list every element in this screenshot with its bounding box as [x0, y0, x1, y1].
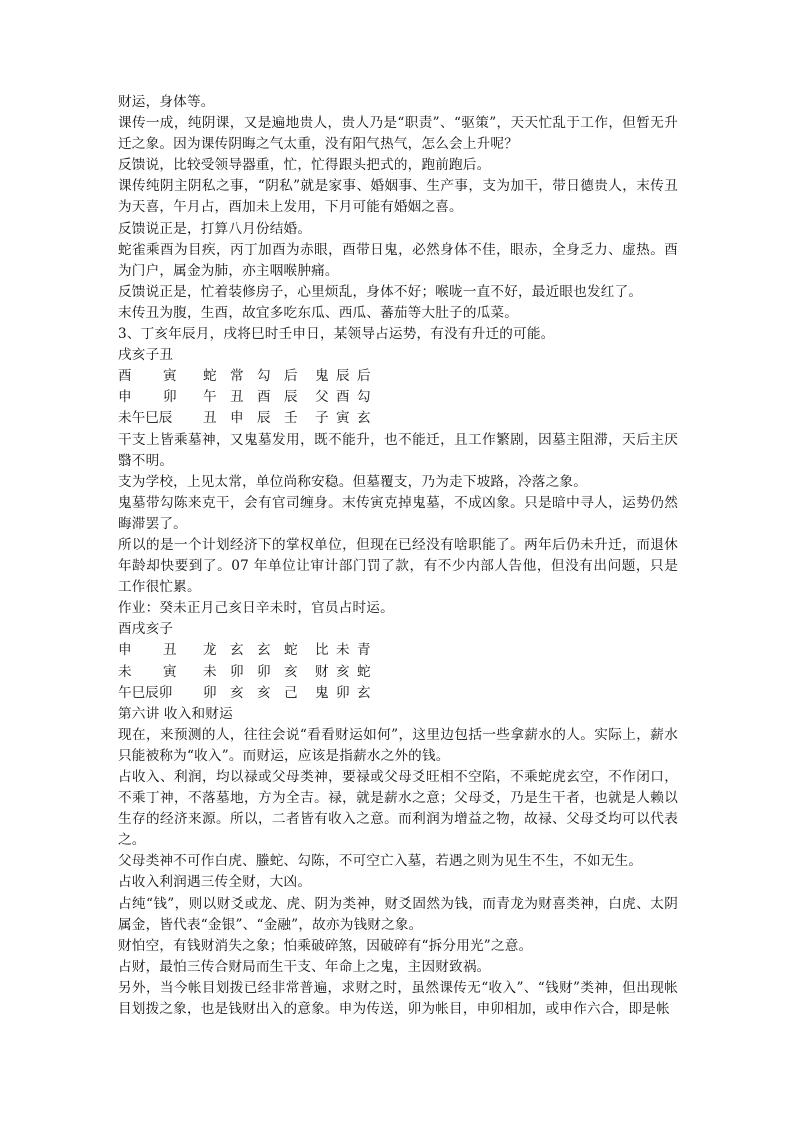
- chart-cell: 后: [284, 366, 298, 387]
- document-page: 财运，身体等。 课传一成，纯阴课，又是遍地贵人，贵人乃是“职责”、“驱策”，天天…: [118, 92, 678, 1020]
- paragraph: 占收入、利润，均以禄或父母类神，要禄或父母爻旺相不空陷，不乘蛇虎玄空，不作闭口，…: [118, 767, 678, 851]
- chart-cell: 后: [357, 366, 371, 387]
- chart-cell: 父: [315, 387, 329, 408]
- paragraph: 反馈说，比较受领导器重，忙，忙得跟头把式的，跑前跑后。: [118, 155, 678, 176]
- chart-cell: 卯: [163, 387, 177, 408]
- paragraph: 占纯“钱”，则以财爻或龙、虎、阴为类神，财爻固然为钱，而青龙为财喜类神，白虎、太…: [118, 894, 678, 936]
- divination-chart-2: 申 丑 龙 玄 玄 蛇 比 未 青 未 寅 未 卯 卯 亥 财 亥 蛇 午巳辰卯…: [118, 640, 678, 703]
- paragraph: 父母类神不可作白虎、螣蛇、勾陈，不可空亡入墓，若遇之则为见生不生，不如无生。: [118, 851, 678, 872]
- chart-row: 未 寅 未 卯 卯 亥 财 亥 蛇: [118, 662, 678, 683]
- chart-row: 申 丑 龙 玄 玄 蛇 比 未 青: [118, 640, 678, 661]
- chart-cell: 卯: [257, 662, 271, 683]
- chart-cell: 勾: [357, 387, 371, 408]
- chart-cell: 常: [230, 366, 244, 387]
- chart-cell: 玄: [357, 683, 371, 704]
- chart-cell: 寅: [163, 662, 177, 683]
- chart-cell: 卯: [203, 683, 217, 704]
- chart-cell: 申: [118, 640, 132, 661]
- paragraph: 课传纯阴主阴私之事，“阴私”就是家事、婚姻事、生产事，支为加干，带日德贵人，末传…: [118, 176, 678, 218]
- paragraph: 课传一成，纯阴课，又是遍地贵人，贵人乃是“职责”、“驱策”，天天忙乱于工作，但暂…: [118, 113, 678, 155]
- chart-cell: 酉: [257, 387, 271, 408]
- chart-cell: 亥: [284, 662, 298, 683]
- case-heading: 3、丁亥年辰月，戌将巳时壬申日，某领导占运势，有没有升迁的可能。: [118, 324, 678, 345]
- chart-cell: 午巳辰卯: [118, 683, 172, 704]
- paragraph: 反馈说正是，忙着装修房子，心里烦乱，身体不好；喉咙一直不好，最近眼也发红了。: [118, 282, 678, 303]
- chart-row: 未午巳辰 丑 申 辰 壬 子 寅 玄: [118, 408, 678, 429]
- paragraph: 现在，来预测的人，往往会说“看看财运如何”，这里边包括一些拿薪水的人。实际上，薪…: [118, 725, 678, 767]
- chart-cell: 比: [315, 640, 329, 661]
- chart-cell: 申: [230, 408, 244, 429]
- paragraph: 另外，当今帐目划拨已经非常普遍，求财之时，虽然课传无“收入”、“钱财”类神，但出…: [118, 978, 678, 1020]
- homework-prompt: 作业：癸未正月己亥日辛未时，官员占时运。: [118, 598, 678, 619]
- chart-cell: 己: [284, 683, 298, 704]
- chart-cell: 丑: [203, 408, 217, 429]
- paragraph: 财怕空，有钱财消失之象；怕乘破碎煞，因破碎有“拆分用光”之意。: [118, 936, 678, 957]
- chart-cell: 酉: [118, 366, 132, 387]
- chart-cell: 亥: [230, 683, 244, 704]
- chart-cell: 玄: [357, 408, 371, 429]
- chart-cell: 寅: [163, 366, 177, 387]
- chart-row: 酉 寅 蛇 常 勾 后 鬼 辰 后: [118, 366, 678, 387]
- chart-cell: 午: [203, 387, 217, 408]
- paragraph: 占财，最怕三传合财局而生干支、年命上之鬼，主因财致祸。: [118, 957, 678, 978]
- chart-cell: 壬: [284, 408, 298, 429]
- chart-cell: 龙: [203, 640, 217, 661]
- chart-row: 午巳辰卯 卯 亥 亥 己 鬼 卯 玄: [118, 683, 678, 704]
- chart-cell: 未: [118, 662, 132, 683]
- chart-cell: 蛇: [284, 640, 298, 661]
- paragraph: 所以的是一个计划经济下的掌权单位，但现在已经没有啥职能了。两年后仍未升迁，而退休…: [118, 535, 678, 598]
- paragraph-group-2: 干支上皆乘墓神，又鬼墓发用，既不能升，也不能迁，且工作繁剧，因墓主阻滞，天后主厌…: [118, 430, 678, 641]
- paragraph: 占收入利润遇三传全财，大凶。: [118, 872, 678, 893]
- chart-cell: 辰: [257, 408, 271, 429]
- chart-cell: 子: [315, 408, 329, 429]
- chart-header: 酉戌亥子: [118, 619, 678, 640]
- chart-cell: 蛇: [357, 662, 371, 683]
- chart-cell: 玄: [257, 640, 271, 661]
- chart-cell: 青: [357, 640, 371, 661]
- paragraph: 反馈说正是，打算八月份结婚。: [118, 219, 678, 240]
- chart-cell: 申: [118, 387, 132, 408]
- chart-cell: 鬼: [315, 683, 329, 704]
- paragraph-group-3: 第六讲 收入和财运 现在，来预测的人，往往会说“看看财运如何”，这里边包括一些拿…: [118, 704, 678, 1020]
- divination-chart-1: 酉 寅 蛇 常 勾 后 鬼 辰 后 申 卯 午 丑 酉 辰 父 酉 勾 未午巳辰…: [118, 366, 678, 429]
- chart-cell: 未: [336, 640, 350, 661]
- chart-cell: 亥: [336, 662, 350, 683]
- chart-cell: 卯: [336, 683, 350, 704]
- chart-cell: 蛇: [203, 366, 217, 387]
- chart-cell: 辰: [284, 387, 298, 408]
- chart-cell: 未午巳辰: [118, 408, 172, 429]
- chart-cell: 未: [203, 662, 217, 683]
- paragraph: 支为学校，上见太常，单位尚称安稳。但墓覆支，乃为走下坡路，冷落之象。: [118, 472, 678, 493]
- chart-cell: 财: [315, 662, 329, 683]
- chart-cell: 辰: [336, 366, 350, 387]
- chart-cell: 酉: [336, 387, 350, 408]
- paragraph: 财运，身体等。: [118, 92, 678, 113]
- chart-cell: 玄: [230, 640, 244, 661]
- chart-row: 申 卯 午 丑 酉 辰 父 酉 勾: [118, 387, 678, 408]
- paragraph-group-1: 财运，身体等。 课传一成，纯阴课，又是遍地贵人，贵人乃是“职责”、“驱策”，天天…: [118, 92, 678, 366]
- chart-header: 戌亥子丑: [118, 345, 678, 366]
- chart-cell: 丑: [230, 387, 244, 408]
- paragraph: 干支上皆乘墓神，又鬼墓发用，既不能升，也不能迁，且工作繁剧，因墓主阻滞，天后主厌…: [118, 430, 678, 472]
- chart-cell: 寅: [336, 408, 350, 429]
- chart-cell: 鬼: [315, 366, 329, 387]
- chart-cell: 勾: [257, 366, 271, 387]
- paragraph: 蛇雀乘酉为目疾，丙丁加酉为赤眼，酉带日鬼，必然身体不佳，眼赤，全身乏力、虚热。酉…: [118, 240, 678, 282]
- section-heading: 第六讲 收入和财运: [118, 704, 678, 725]
- chart-cell: 亥: [257, 683, 271, 704]
- chart-cell: 卯: [230, 662, 244, 683]
- paragraph: 鬼墓带勾陈来克干，会有官司缠身。末传寅克掉鬼墓，不成凶象。只是暗中寻人，运势仍然…: [118, 493, 678, 535]
- paragraph: 末传丑为腹，生酉，故宜多吃东瓜、西瓜、蕃茄等大肚子的瓜菜。: [118, 303, 678, 324]
- chart-cell: 丑: [163, 640, 177, 661]
